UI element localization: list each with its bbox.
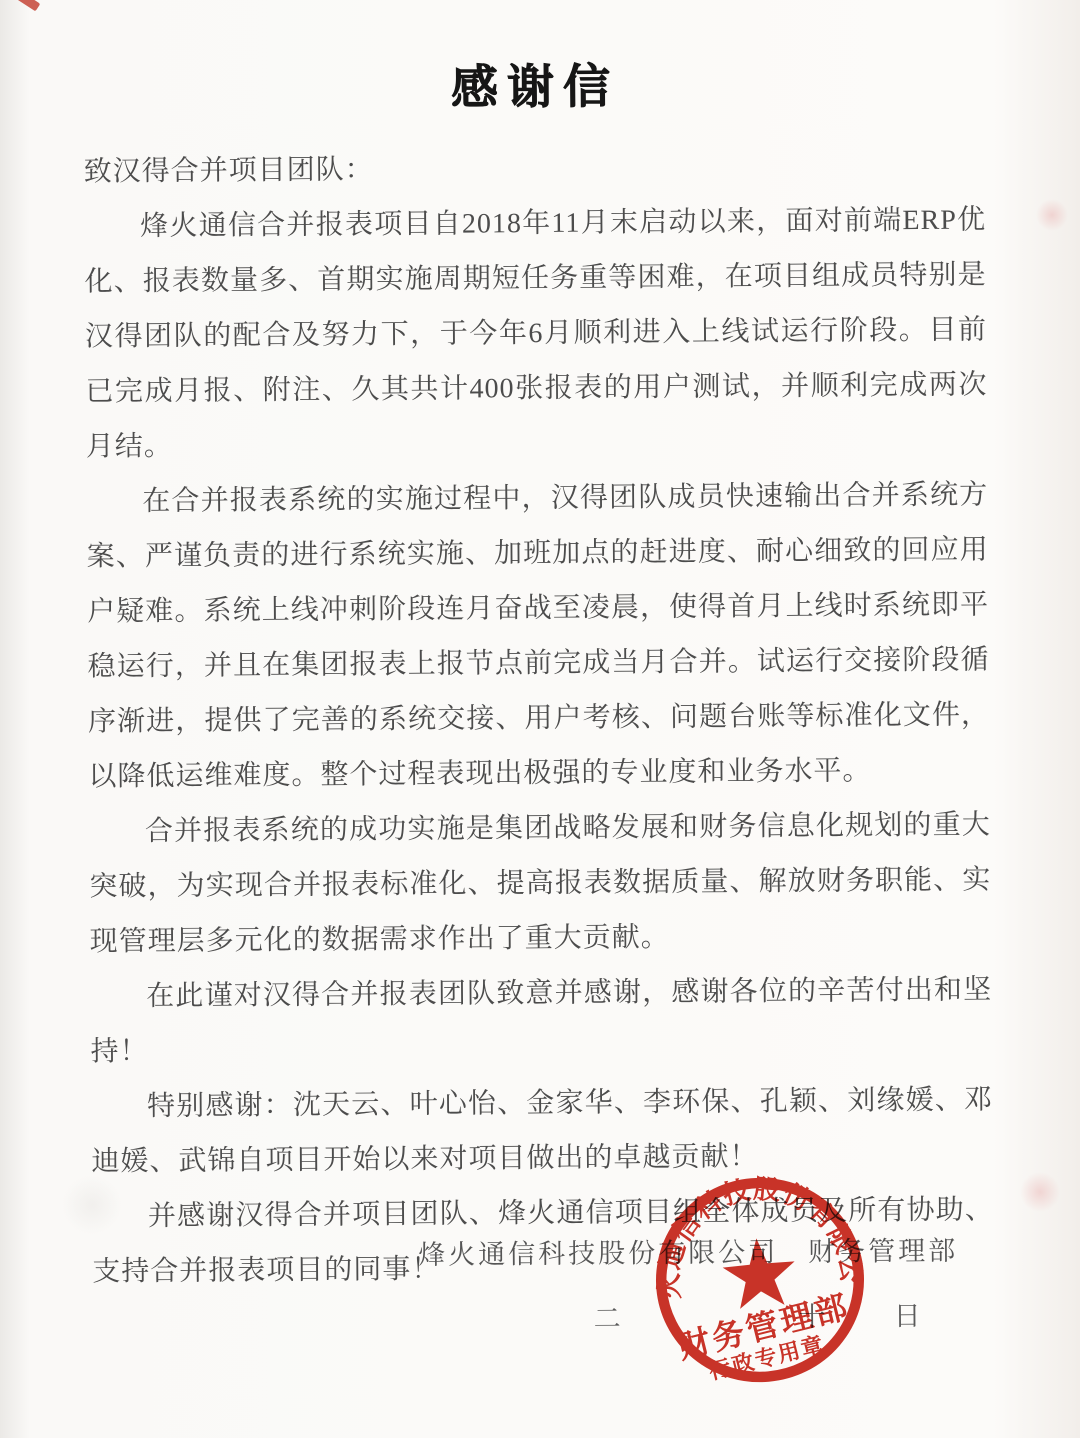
letter-paragraph: 合并报表系统的成功实施是集团战略发展和财务信息化规划的重大突破，为实现合并报表标…: [89, 797, 992, 969]
date-fragment: 日: [894, 1294, 921, 1333]
letter-body: 致汉得合并项目团队： 烽火通信合并报表项目自2018年11月末启动以来，面对前端…: [83, 137, 994, 1299]
salutation: 致汉得合并项目团队：: [83, 137, 985, 199]
letter-paragraph: 在合并报表系统的实施过程中，汉得团队成员快速输出合并系统方案、严谨负责的进行系统…: [86, 467, 991, 804]
star-icon: [720, 1235, 798, 1310]
date-fragment: 二: [594, 1296, 621, 1335]
letter-title: 感谢信: [0, 46, 1075, 121]
letter-paragraph: 烽火通信合并报表项目自2018年11月末启动以来，面对前端ERP优化、报表数量多…: [84, 192, 988, 474]
letter-paragraph: 在此谨对汉得合并报表团队致意并感谢，感谢各位的辛苦付出和坚持！: [90, 962, 993, 1079]
scanned-letter-page: 感谢信 致汉得合并项目团队： 烽火通信合并报表项目自2018年11月末启动以来，…: [0, 0, 1080, 1438]
signature-date-line: 二 十 日: [5, 1293, 1080, 1341]
company-seal: 烽火通信科技股份有限公司 财务管理部 行政专用章: [636, 1156, 883, 1403]
letter-content: 感谢信 致汉得合并项目团队： 烽火通信合并报表项目自2018年11月末启动以来，…: [0, 0, 1080, 1438]
